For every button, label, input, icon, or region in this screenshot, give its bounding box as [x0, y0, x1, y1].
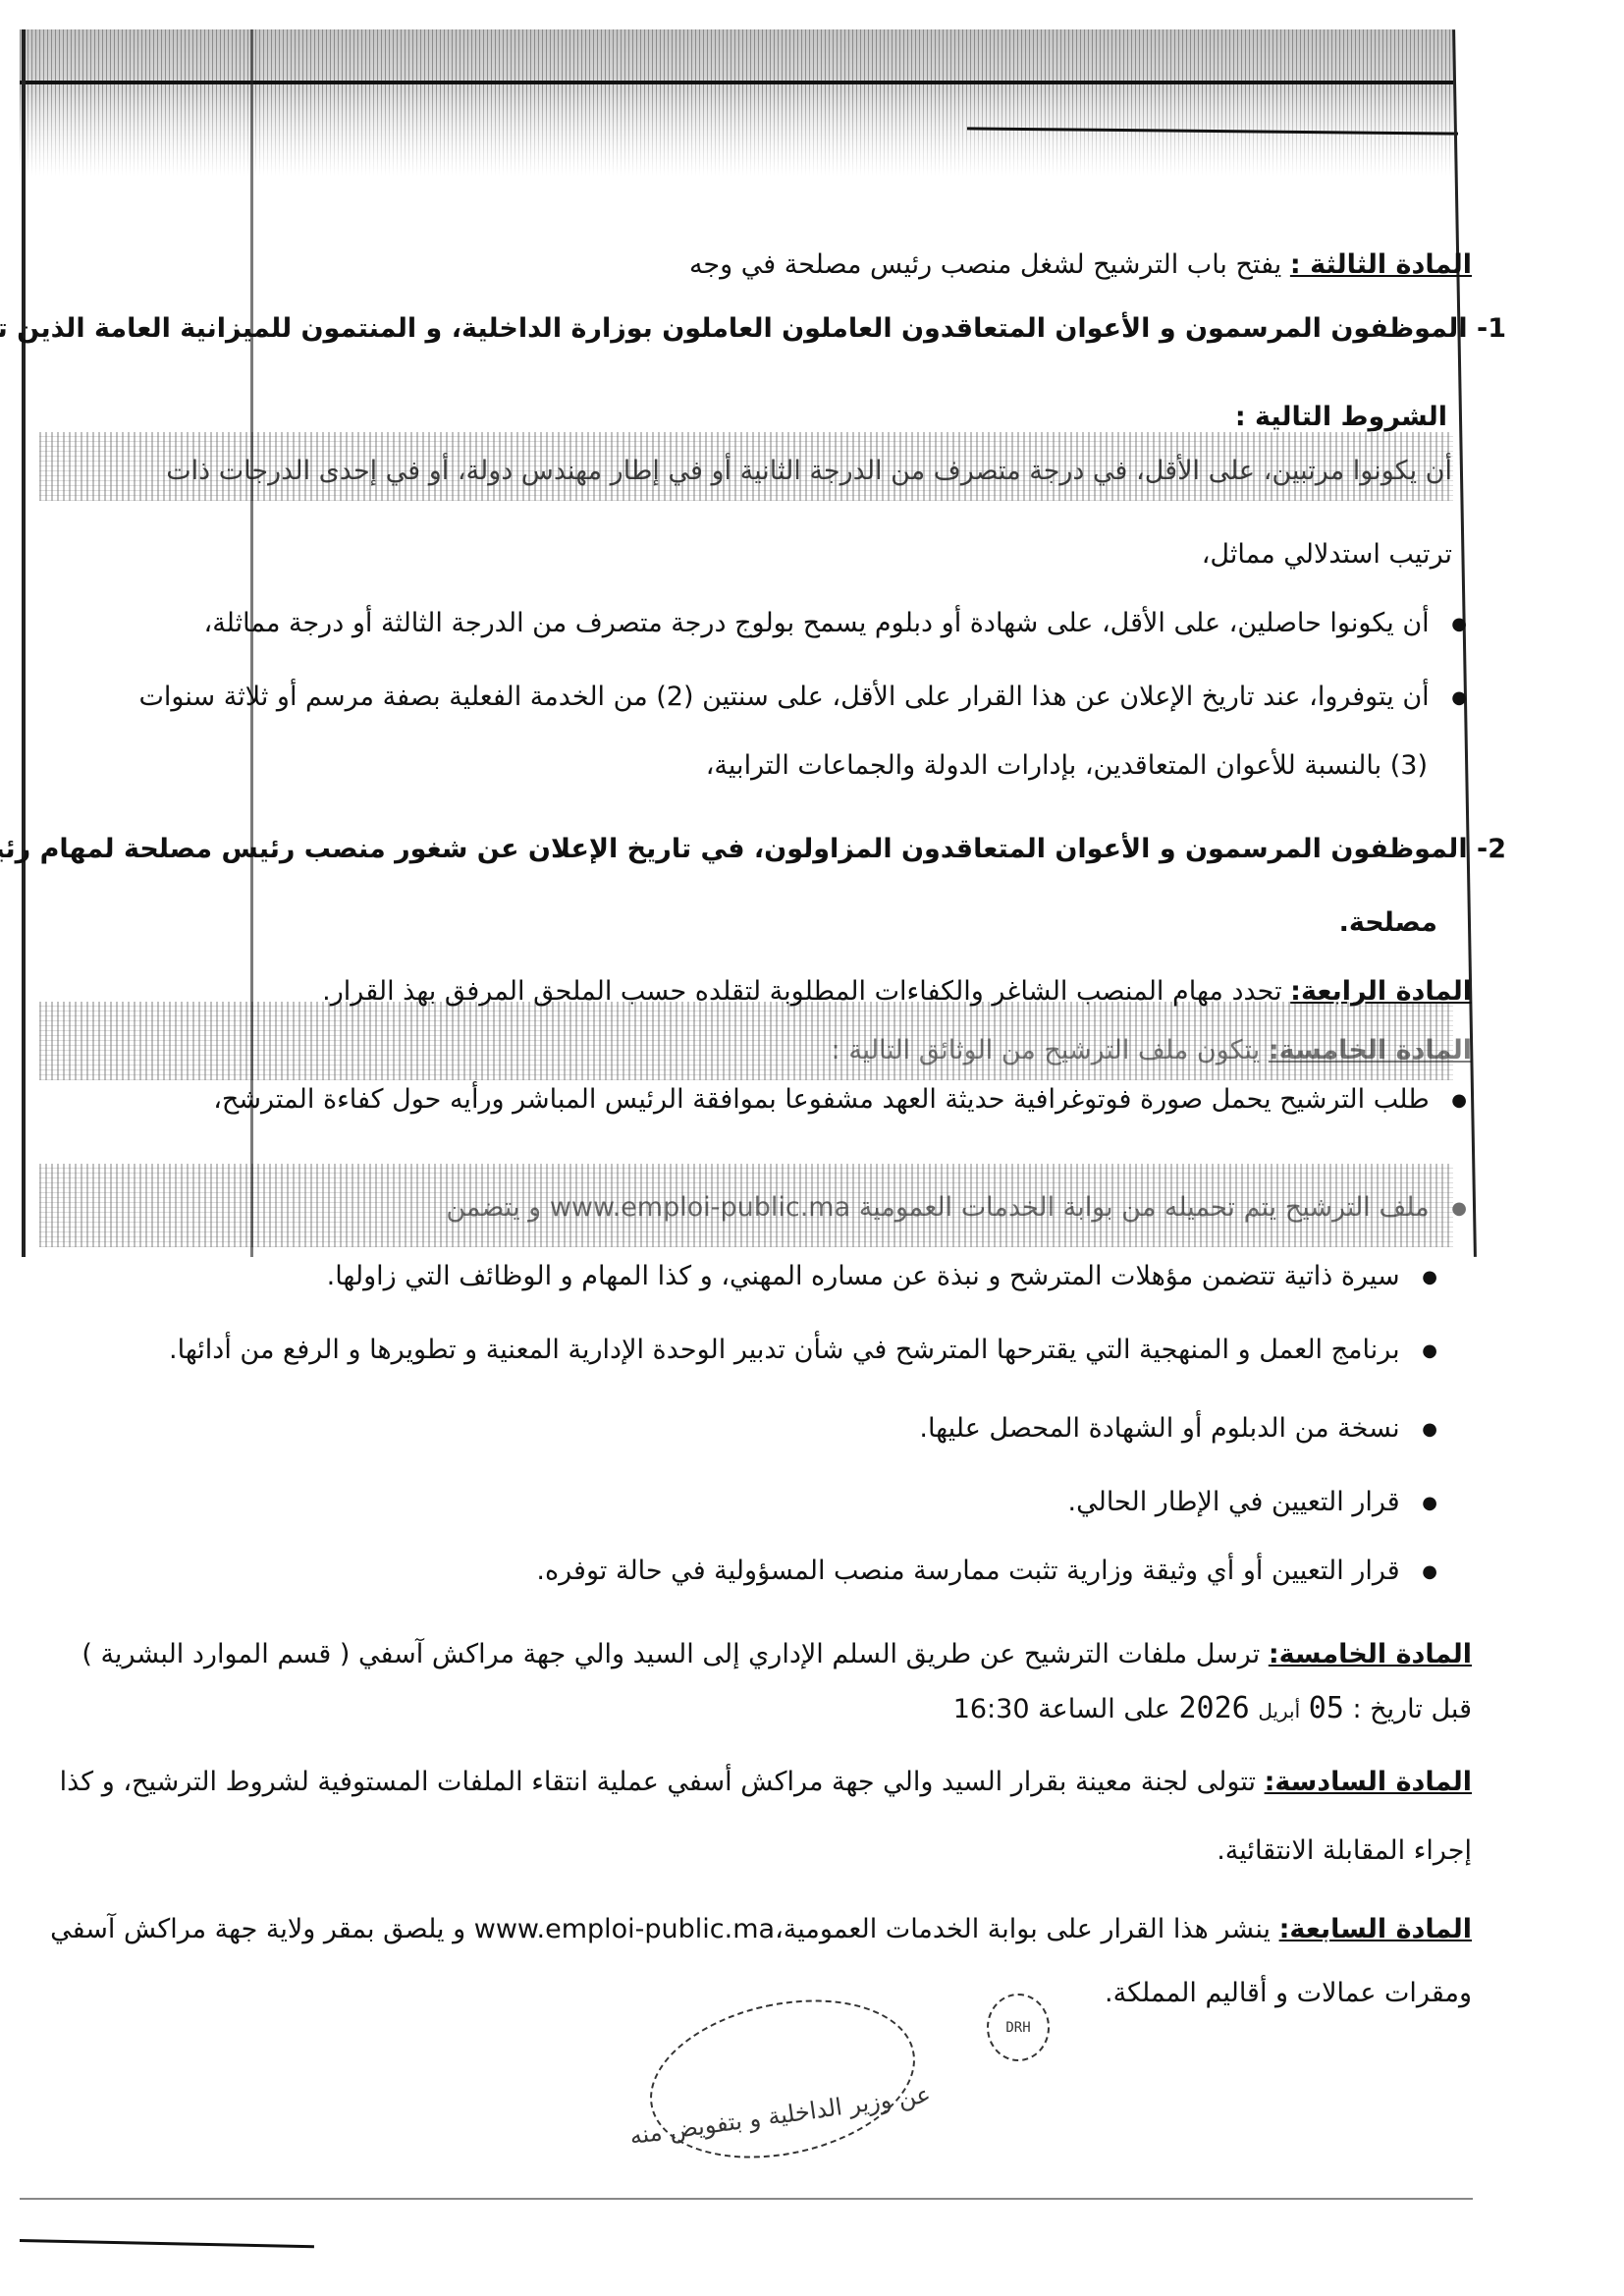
article3-group1: 1- الموظفون المرسمون و الأعوان المتعاقدو… — [0, 309, 1506, 349]
document-item: نسخة من الدبلوم أو الشهادة المحصل عليها. — [919, 1409, 1437, 1449]
scan-noise-header — [20, 29, 1453, 177]
article7-cont: ومقرات عمالات و أقاليم المملكة. — [1105, 1974, 1472, 2013]
footer-rule-slanted — [20, 2239, 314, 2248]
scan-border-left — [22, 29, 26, 1257]
document-item: سيرة ذاتية تتضمن مؤهلات المترشح و نبذة ع… — [327, 1257, 1437, 1297]
article6-cont: إجراء المقابلة الانتقائية. — [1217, 1831, 1472, 1871]
article3-group2: 2- الموظفون المرسمون و الأعوان المتعاقدو… — [0, 830, 1506, 869]
condition-experience: أن يتوفروا، عند تاريخ الإعلان عن هذا الق… — [139, 678, 1467, 718]
footer-rule — [20, 2198, 1473, 2200]
article7: المادة السابعة: ينشر هذا القرار على بواب… — [50, 1910, 1472, 1949]
document-item: ملف الترشيح يتم تحميله من بوابة الخدمات … — [446, 1188, 1467, 1229]
drh-seal: DRH — [987, 1994, 1050, 2061]
scanned-document-page: المادة الثالثة : يفتح باب الترشيح لشغل م… — [0, 0, 1624, 2296]
deadline-day: 05 — [1309, 1691, 1344, 1725]
submission-deadline: قبل تاريخ : 05 أبريل 2026 على الساعة 16:… — [953, 1689, 1472, 1730]
condition-rank-cont: ترتيب استدلالي مماثل، — [1202, 535, 1452, 574]
deadline-month: أبريل — [1258, 1699, 1300, 1722]
article4: المادة الرابعة: تحدد مهام المنصب الشاغر … — [322, 972, 1472, 1011]
article6: المادة السادسة: تتولى لجنة معينة بقرار ا… — [60, 1763, 1472, 1802]
article3-heading: المادة الثالثة : يفتح باب الترشيح لشغل م… — [689, 246, 1472, 285]
article3-group2-cont: مصلحة. — [1339, 903, 1437, 943]
deadline-year: 2026 — [1178, 1691, 1249, 1725]
document-item: برنامج العمل و المنهجية التي يقترحها الم… — [169, 1331, 1437, 1371]
header-rule — [20, 81, 1453, 84]
official-stamp — [635, 1977, 930, 2181]
condition-experience-cont: (3) بالنسبة للأعوان المتعاقدين، بإدارات … — [706, 746, 1428, 786]
article5-submission: المادة الخامسة: ترسل ملفات الترشيح عن طر… — [81, 1635, 1472, 1674]
article3-group1-cont: الشروط التالية : — [1235, 398, 1447, 437]
condition-rank: أن يكونوا مرتبين، على الأقل، في درجة متص… — [166, 452, 1452, 491]
document-item: قرار التعيين أو أي وثيقة وزارية تثبت مما… — [536, 1552, 1437, 1592]
deadline-time: 16:30 — [953, 1694, 1030, 1724]
condition-diploma: أن يكونوا حاصلين، على الأقل، على شهادة أ… — [203, 604, 1467, 644]
article5-documents-heading: المادة الخامسة: يتكون ملف الترشيح من الو… — [832, 1031, 1472, 1070]
document-item: طلب الترشيح يحمل صورة فوتوغرافية حديثة ا… — [213, 1080, 1467, 1121]
document-item: قرار التعيين في الإطار الحالي. — [1068, 1483, 1438, 1523]
